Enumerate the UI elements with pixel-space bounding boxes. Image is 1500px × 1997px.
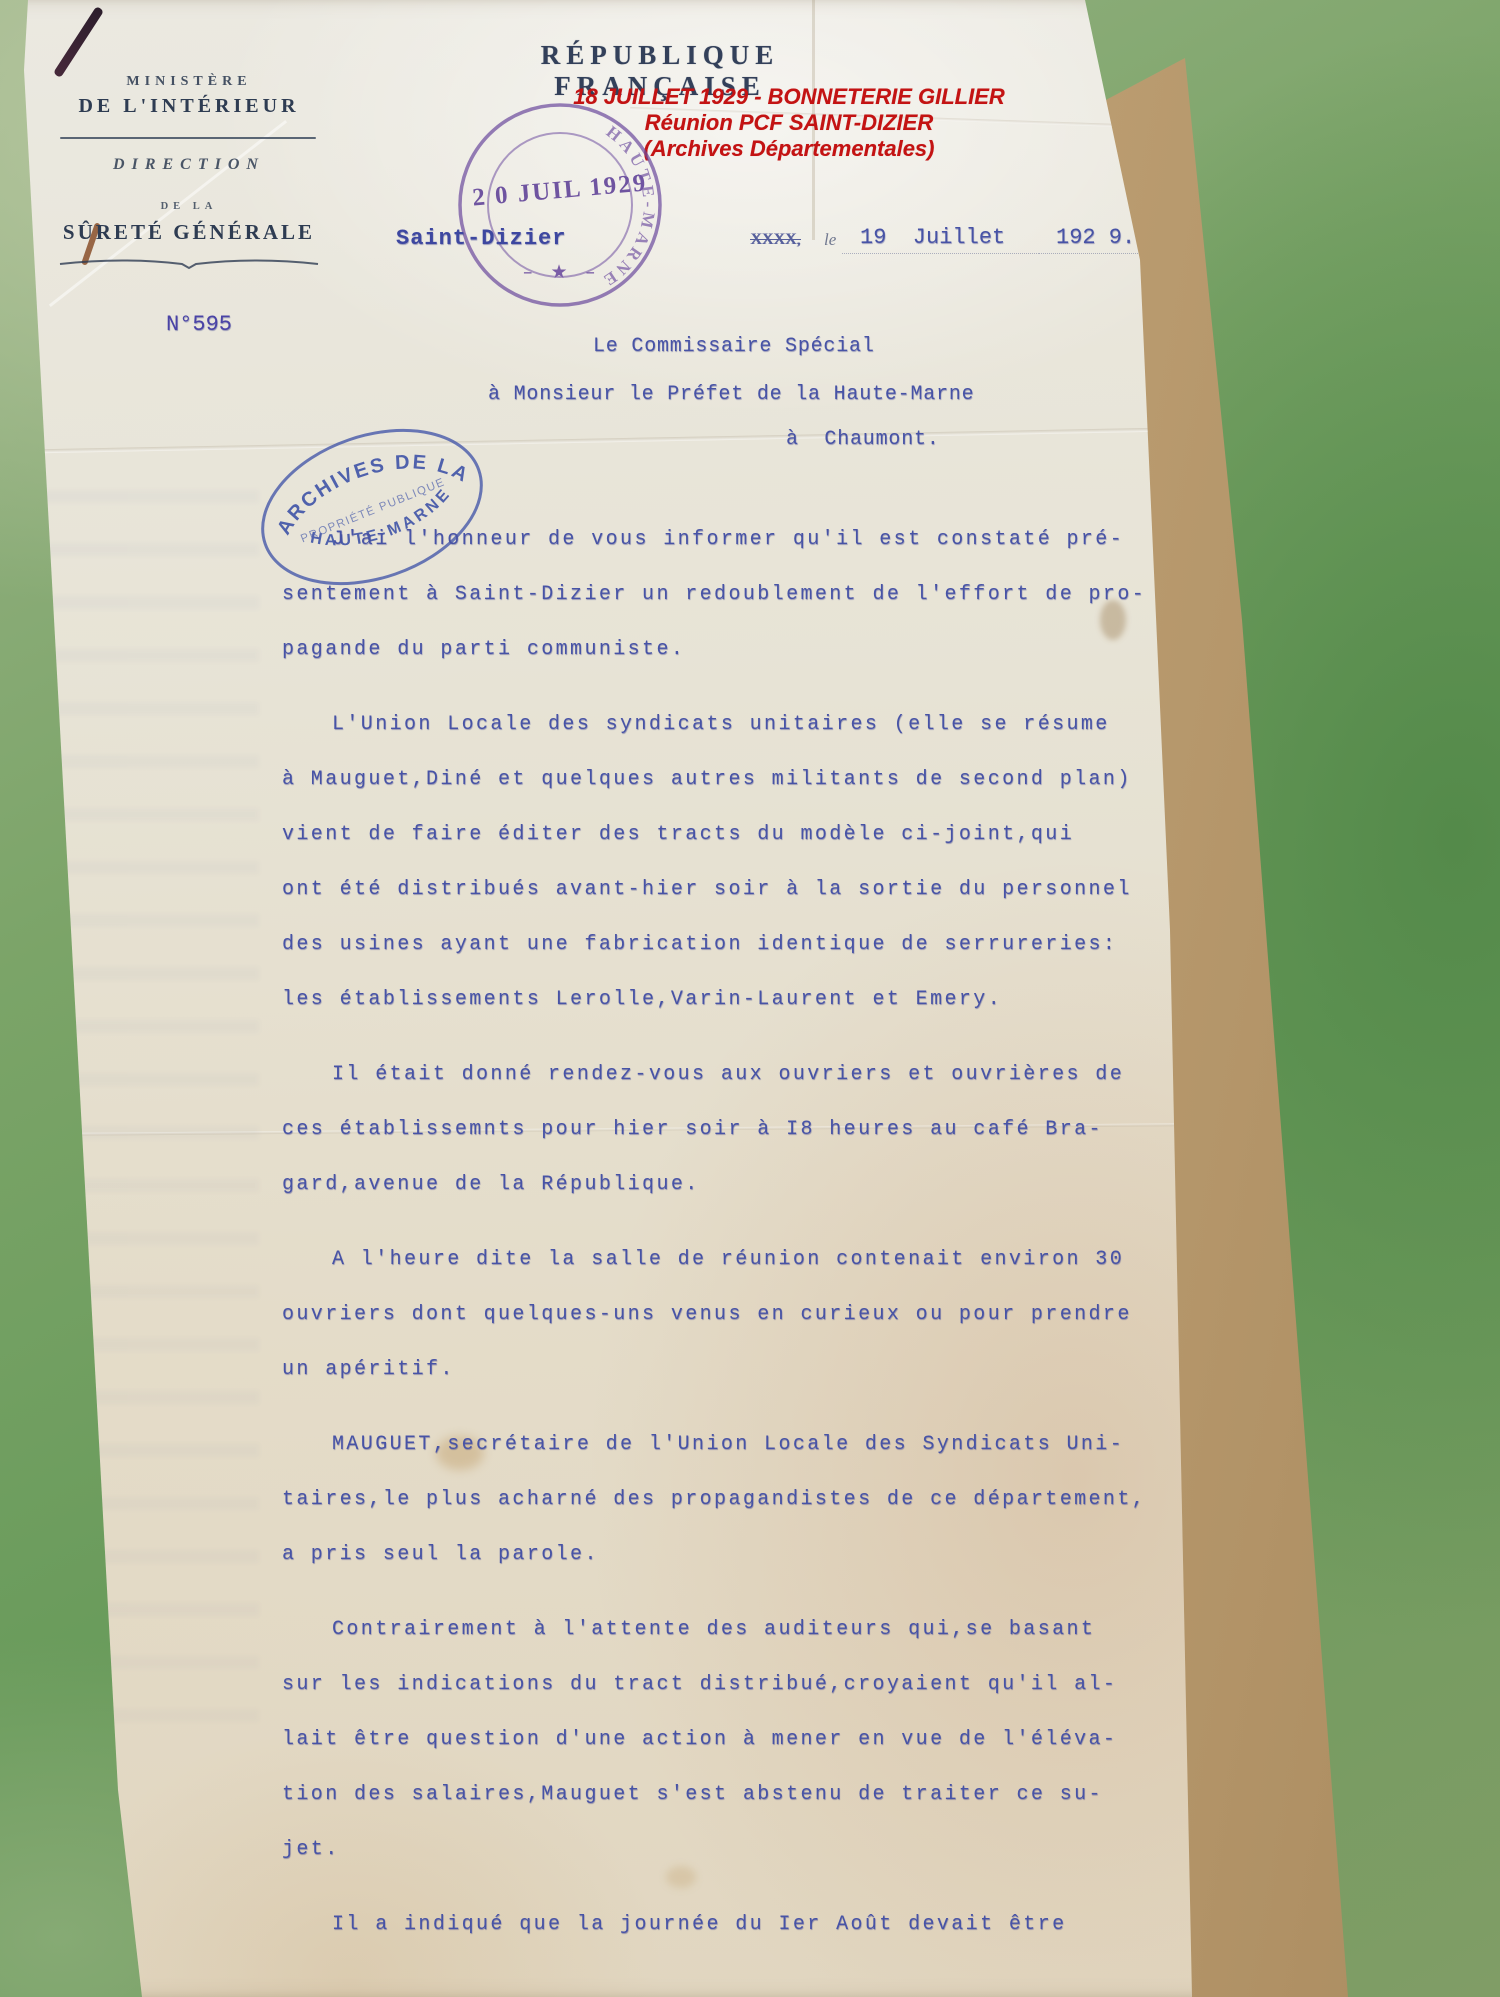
printed-le: le (824, 230, 836, 250)
paragraph: A l'heure dite la salle de réunion conte… (282, 1232, 1162, 1397)
document-photo: MINISTÈRE DE L'INTÉRIEUR DIRECTION DE LA… (0, 0, 1500, 1997)
stamp-ring-text: HAUTE-MARNE (597, 122, 658, 292)
letterhead-flourish (58, 256, 320, 272)
typed-line: taires,le plus acharné des propagandiste… (282, 1472, 1162, 1527)
typed-line: pagande du parti communiste. (282, 622, 1162, 677)
typed-line: A l'heure dite la salle de réunion conte… (282, 1232, 1162, 1287)
svg-text:HAUTE-MARNE: HAUTE-MARNE (597, 122, 658, 292)
form-dotted-line (1038, 252, 1156, 254)
typed-line: à Mauguet,Diné et quelques autres milita… (282, 752, 1162, 807)
typed-line: sentement à Saint-Dizier un redoublement… (282, 567, 1162, 622)
paper-crease (49, 120, 287, 307)
paragraph: J'ai l'honneur de vous informer qu'il es… (282, 512, 1162, 677)
typed-line: des usines ayant une fabrication identiq… (282, 917, 1162, 972)
typed-line: jet. (282, 1822, 1162, 1877)
typed-line: sur les indications du tract distribué,c… (282, 1657, 1162, 1712)
typed-city: Saint-Dizier (396, 226, 566, 251)
letterhead-rule (60, 137, 316, 139)
typed-line: lait être question d'une action à mener … (282, 1712, 1162, 1767)
paragraph: Il a indiqué que la journée du Ier Août … (282, 1897, 1162, 1952)
ink-mark (53, 6, 104, 78)
ministry-name: MINISTÈRE (58, 74, 320, 90)
typed-line: vient de faire éditer des tracts du modè… (282, 807, 1162, 862)
typed-line: L'Union Locale des syndicats unitaires (… (282, 697, 1162, 752)
sender-line: Le Commissaire Spécial (593, 335, 875, 358)
typed-line: ont été distribués avant-hier soir à la … (282, 862, 1162, 917)
typed-year: 192 9. (1056, 225, 1135, 250)
paper-crease (0, 426, 1250, 454)
document-number: N°595 (166, 312, 232, 337)
crossed-out-paris: XXXX, (750, 231, 800, 249)
direction-label: DIRECTION (58, 156, 320, 174)
typed-date: 19 Juillet (860, 225, 1005, 250)
prefecture-date-stamp: HAUTE-MARNE 2 0 JUIL 1929 – ★ – (448, 98, 678, 313)
typed-line: J'ai l'honneur de vous informer qu'il es… (282, 512, 1162, 567)
paragraph: MAUGUET,secrétaire de l'Union Locale des… (282, 1417, 1162, 1582)
de-la-label: DE LA (58, 201, 320, 212)
surete-generale-label: SÛRETÉ GÉNÉRALE (58, 220, 320, 245)
typed-line: Il était donné rendez-vous aux ouvriers … (282, 1047, 1162, 1102)
typed-line: tion des salaires,Mauguet s'est abstenu … (282, 1767, 1162, 1822)
recipient-city: à Chaumont. (786, 428, 940, 451)
paragraph: Contrairement à l'attente des auditeurs … (282, 1602, 1162, 1877)
typed-line: un apéritif. (282, 1342, 1162, 1397)
typed-line: a pris seul la parole. (282, 1527, 1162, 1582)
paragraph: Il était donné rendez-vous aux ouvriers … (282, 1047, 1162, 1212)
letter-page: MINISTÈRE DE L'INTÉRIEUR DIRECTION DE LA… (0, 0, 1250, 1997)
stamp-star-line: – ★ – (523, 261, 601, 283)
typed-line: gard,avenue de la République. (282, 1157, 1162, 1212)
ministry-name-line2: DE L'INTÉRIEUR (58, 95, 320, 118)
typed-line: MAUGUET,secrétaire de l'Union Locale des… (282, 1417, 1162, 1472)
stamp-date: 2 0 JUIL 1929 (471, 169, 648, 211)
ink-bleed-through (34, 490, 259, 1750)
form-dotted-line (842, 252, 1037, 254)
typed-line: les établissements Lerolle,Varin-Laurent… (282, 972, 1162, 1027)
recipient-line: à Monsieur le Préfet de la Haute-Marne (488, 383, 974, 406)
typed-line: ces établissemnts pour hier soir à I8 he… (282, 1102, 1162, 1157)
typed-line: Contrairement à l'attente des auditeurs … (282, 1602, 1162, 1657)
paragraph: L'Union Locale des syndicats unitaires (… (282, 697, 1162, 1027)
typed-line: ouvriers dont quelques-uns venus en curi… (282, 1287, 1162, 1342)
letter-body: J'ai l'honneur de vous informer qu'il es… (282, 512, 1162, 1972)
typed-line: Il a indiqué que la journée du Ier Août … (282, 1897, 1162, 1952)
